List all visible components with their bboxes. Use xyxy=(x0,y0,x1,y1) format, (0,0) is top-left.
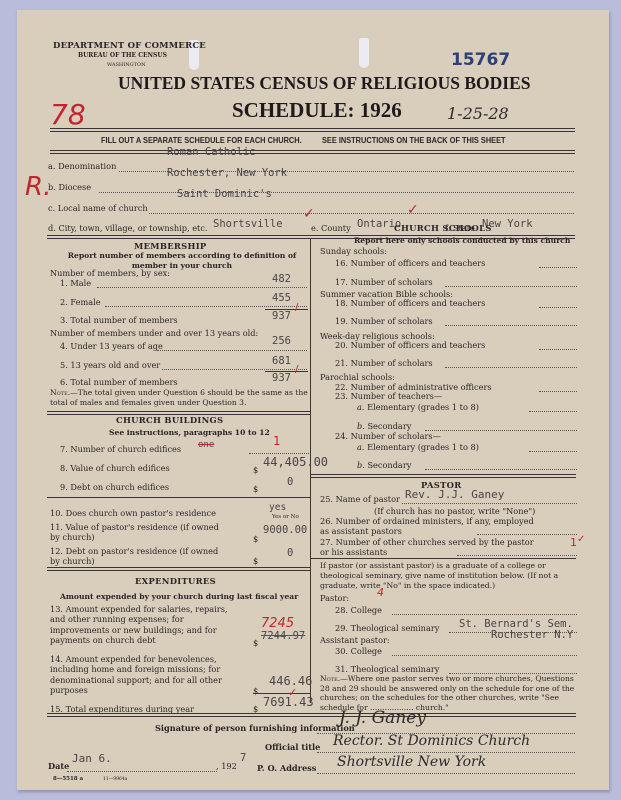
county-checkmark: ✓ xyxy=(407,202,419,218)
q24a-line xyxy=(529,451,577,452)
q27-label: 27. Number of other churches served by t… xyxy=(320,537,535,557)
q10-hint: Yes or No xyxy=(272,514,299,520)
banner-left: FILL OUT A SEPARATE SCHEDULE FOR EACH CH… xyxy=(101,135,302,145)
q8-currency: $ xyxy=(253,465,258,475)
q5-line xyxy=(162,369,307,370)
q18-line xyxy=(539,307,577,308)
date-label: Date xyxy=(48,761,69,771)
q14-label: 14. Amount expended for benevolences, in… xyxy=(50,654,240,695)
q7-line xyxy=(249,453,309,454)
q9-label: 9. Debt on church edifices xyxy=(60,482,169,492)
department-label: DEPARTMENT OF COMMERCE xyxy=(53,41,206,51)
q8-label: 8. Value of church edifices xyxy=(60,463,170,473)
q16-label: 16. Number of officers and teachers xyxy=(335,258,485,268)
denomination-field[interactable]: Roman Catholic xyxy=(167,146,256,158)
punch-hole-right xyxy=(359,38,369,68)
q19-label: 19. Number of scholars xyxy=(335,316,433,326)
q30-line xyxy=(392,655,577,656)
membership-note: Note.—The total given under Question 6 s… xyxy=(50,388,310,408)
buildings-divider xyxy=(47,497,310,498)
buildings-instruction: See instructions, paragraphs 10 to 12 xyxy=(109,428,270,437)
q24-label: 24. Number of scholars— xyxy=(335,431,441,441)
q24a-label: a. Elementary (grades 1 to 8) xyxy=(357,442,479,452)
q10-value[interactable]: yes xyxy=(269,502,286,513)
q3-checkmark: / xyxy=(295,302,298,313)
pastor-divider xyxy=(310,558,576,559)
q2-label: 2. Female xyxy=(60,297,101,307)
q20-line xyxy=(539,349,577,350)
q21-label: 21. Number of scholars xyxy=(335,358,433,368)
city-checkmark: ✓ xyxy=(303,206,315,222)
q7-label: 7. Number of church edifices xyxy=(60,444,181,454)
bureau-label: BUREAU OF THE CENSUS xyxy=(78,52,167,59)
q14-currency: $ xyxy=(253,686,258,696)
form-code: 8—5518 a xyxy=(53,776,83,782)
q23a-label: a. Elementary (grades 1 to 8) xyxy=(357,402,479,412)
q6-label: 6. Total number of members xyxy=(60,377,178,387)
stamp-number: 15767 xyxy=(451,50,510,70)
form-title: UNITED STATES CENSUS OF RELIGIOUS BODIES xyxy=(118,73,531,94)
assistant-pastor-subheading: Assistant pastor: xyxy=(320,635,390,645)
official-title-line xyxy=(317,752,575,753)
q28-label: 28. College xyxy=(335,605,382,615)
q5-over13-value[interactable]: 681 xyxy=(272,355,291,367)
q3-total-value[interactable]: 937 xyxy=(272,310,291,322)
q27-line xyxy=(457,555,577,556)
q25-hint: (If church has no pastor, write "None") xyxy=(374,506,535,516)
q8-value[interactable]: 44,405.00 xyxy=(263,455,328,469)
q4-line xyxy=(157,350,307,351)
signature-label: Signature of person furnishing informati… xyxy=(155,723,355,733)
schools-divider xyxy=(310,474,576,478)
q12-label: 12. Debt on pastor's residence (if owned… xyxy=(50,546,230,566)
q1-male-value[interactable]: 482 xyxy=(272,273,291,285)
age-label: Number of members under and over 13 year… xyxy=(50,328,258,338)
city-label-row: d. City, town, village, or township, etc… xyxy=(48,223,208,233)
q5-label: 5. 13 years old and over xyxy=(60,360,160,370)
q26-label: 26. Number of ordained ministers, if any… xyxy=(320,516,535,536)
q28-line xyxy=(392,614,577,615)
banner-right: SEE INSTRUCTIONS ON THE BACK OF THIS SHE… xyxy=(322,135,506,145)
q1-line xyxy=(97,287,307,288)
q9-currency: $ xyxy=(253,484,258,494)
diocese-label: b. Diocese xyxy=(48,182,91,192)
q23b-line xyxy=(425,430,577,431)
date-field[interactable]: Jan 6. xyxy=(72,752,112,765)
graduate-instruction: If pastor (or assistant pastor) is a gra… xyxy=(320,561,578,591)
schools-instruction: Report here only schools conducted by th… xyxy=(354,236,570,245)
q6-checkmark: / xyxy=(295,364,298,375)
by-sex-label: Number of members, by sex: xyxy=(50,268,170,278)
q27-checkmark: ✓ xyxy=(577,534,585,545)
q3-label: 3. Total number of members xyxy=(60,315,178,325)
local-name-label: c. Local name of church xyxy=(48,203,148,213)
q21-line xyxy=(445,367,577,368)
diocese-line xyxy=(99,192,574,193)
red-handwritten-number: 78 xyxy=(50,98,86,131)
q13-value[interactable]: 7244.97 xyxy=(261,630,305,642)
q23-label: 23. Number of teachers— xyxy=(335,391,442,401)
q15-checkmark: ✓ xyxy=(288,686,297,699)
year-prefix: , 192 xyxy=(216,761,237,771)
po-address-field[interactable]: Shortsville New York xyxy=(337,754,486,770)
official-title-field[interactable]: Rector. St Dominics Church xyxy=(333,733,530,749)
q11-currency: $ xyxy=(253,534,258,544)
q4-label: 4. Under 13 years of age xyxy=(60,341,163,351)
q11-value[interactable]: 9000.00 xyxy=(263,524,307,536)
q7-correction: 1 xyxy=(273,434,281,448)
pastor-name-field[interactable]: Rev. J.J. Ganey xyxy=(405,488,504,501)
q17-label: 17. Number of scholars xyxy=(335,277,433,287)
seminary-location-field[interactable]: Rochester N.Y xyxy=(491,629,573,641)
q25-label: 25. Name of pastor xyxy=(320,494,400,504)
local-name-field[interactable]: Saint Dominic's xyxy=(177,188,272,200)
banner-bottom-rule xyxy=(50,150,575,154)
pastor-subheading: Pastor: xyxy=(320,593,349,603)
buildings-heading: CHURCH BUILDINGS xyxy=(116,415,223,425)
q7-value[interactable]: one xyxy=(198,440,214,450)
q29-label: 29. Theological seminary xyxy=(335,623,439,633)
q11-label: 11. Value of pastor's residence (if owne… xyxy=(50,522,230,542)
date-line xyxy=(67,771,217,772)
q2-line xyxy=(105,306,307,307)
q30-label: 30. College xyxy=(335,646,382,656)
q26-line xyxy=(477,534,577,535)
parochial-schools-label: Parochial schools: xyxy=(320,372,395,382)
q12-value[interactable]: 0 xyxy=(287,547,293,559)
local-name-line xyxy=(149,213,574,214)
q13-correction: 7245 xyxy=(261,616,294,631)
q1-label: 1. Male xyxy=(60,278,91,288)
q2-female-value[interactable]: 455 xyxy=(272,292,291,304)
handwritten-date: 1-25-28 xyxy=(447,104,509,123)
sunday-schools-label: Sunday schools: xyxy=(320,246,387,256)
form-subtitle: SCHEDULE: 1926 xyxy=(232,98,402,123)
sum-rule-3 xyxy=(253,693,310,694)
expenditures-instruction: Amount expended by your church during la… xyxy=(60,592,298,601)
q20-label: 20. Number of officers and teachers xyxy=(335,340,485,350)
diocese-field[interactable]: Rochester, New York xyxy=(167,167,287,179)
official-title-label: Official title xyxy=(265,742,320,752)
q16-line xyxy=(539,267,577,268)
city-label: WASHINGTON xyxy=(107,62,145,68)
q24b-label: b. Secondary xyxy=(357,460,411,470)
print-code: 11—9964a xyxy=(103,777,127,782)
footer-divider xyxy=(47,713,576,717)
q17-line xyxy=(445,286,577,287)
schools-heading: CHURCH SCHOOLS xyxy=(394,223,492,233)
q6-total-value[interactable]: 937 xyxy=(272,372,291,384)
po-address-line xyxy=(317,773,575,774)
census-schedule-sheet: DEPARTMENT OF COMMERCE BUREAU OF THE CEN… xyxy=(17,10,609,790)
q23b-label: b. Secondary xyxy=(357,421,411,431)
buildings-bottom-divider xyxy=(47,567,310,571)
q12-currency: $ xyxy=(253,556,258,566)
q27-value[interactable]: 1 xyxy=(570,536,577,549)
q18-label: 18. Number of officers and teachers xyxy=(335,298,485,308)
signature-field[interactable]: J. J. Ganey xyxy=(339,708,426,728)
county-label: e. County xyxy=(311,223,351,233)
year-field[interactable]: 7 xyxy=(240,752,246,764)
po-address-label: P. O. Address xyxy=(257,763,316,773)
q24b-line xyxy=(425,469,577,470)
q22-line xyxy=(539,391,577,392)
q23a-line xyxy=(529,411,577,412)
q13-currency: $ xyxy=(253,638,258,648)
denomination-label: a. Denomination xyxy=(48,161,116,171)
q13-label: 13. Amount expended for salaries, repair… xyxy=(50,604,240,645)
city-field[interactable]: Shortsville xyxy=(213,218,283,230)
column-divider xyxy=(310,238,311,703)
membership-heading: MEMBERSHIP xyxy=(134,241,207,251)
q19-line xyxy=(445,325,577,326)
banner-top-rule xyxy=(50,128,575,132)
q10-label: 10. Does church own pastor's residence xyxy=(50,508,216,518)
q25-line xyxy=(402,503,577,504)
q9-value[interactable]: 0 xyxy=(287,476,293,488)
expenditures-heading: EXPENDITURES xyxy=(135,576,216,586)
pastor-note: Note.—Where one pastor serves two or mor… xyxy=(320,674,578,712)
pastor-red-mark: 4 xyxy=(377,586,384,599)
q31-label: 31. Theological seminary xyxy=(335,664,439,674)
q4-under13-value[interactable]: 256 xyxy=(272,335,291,347)
